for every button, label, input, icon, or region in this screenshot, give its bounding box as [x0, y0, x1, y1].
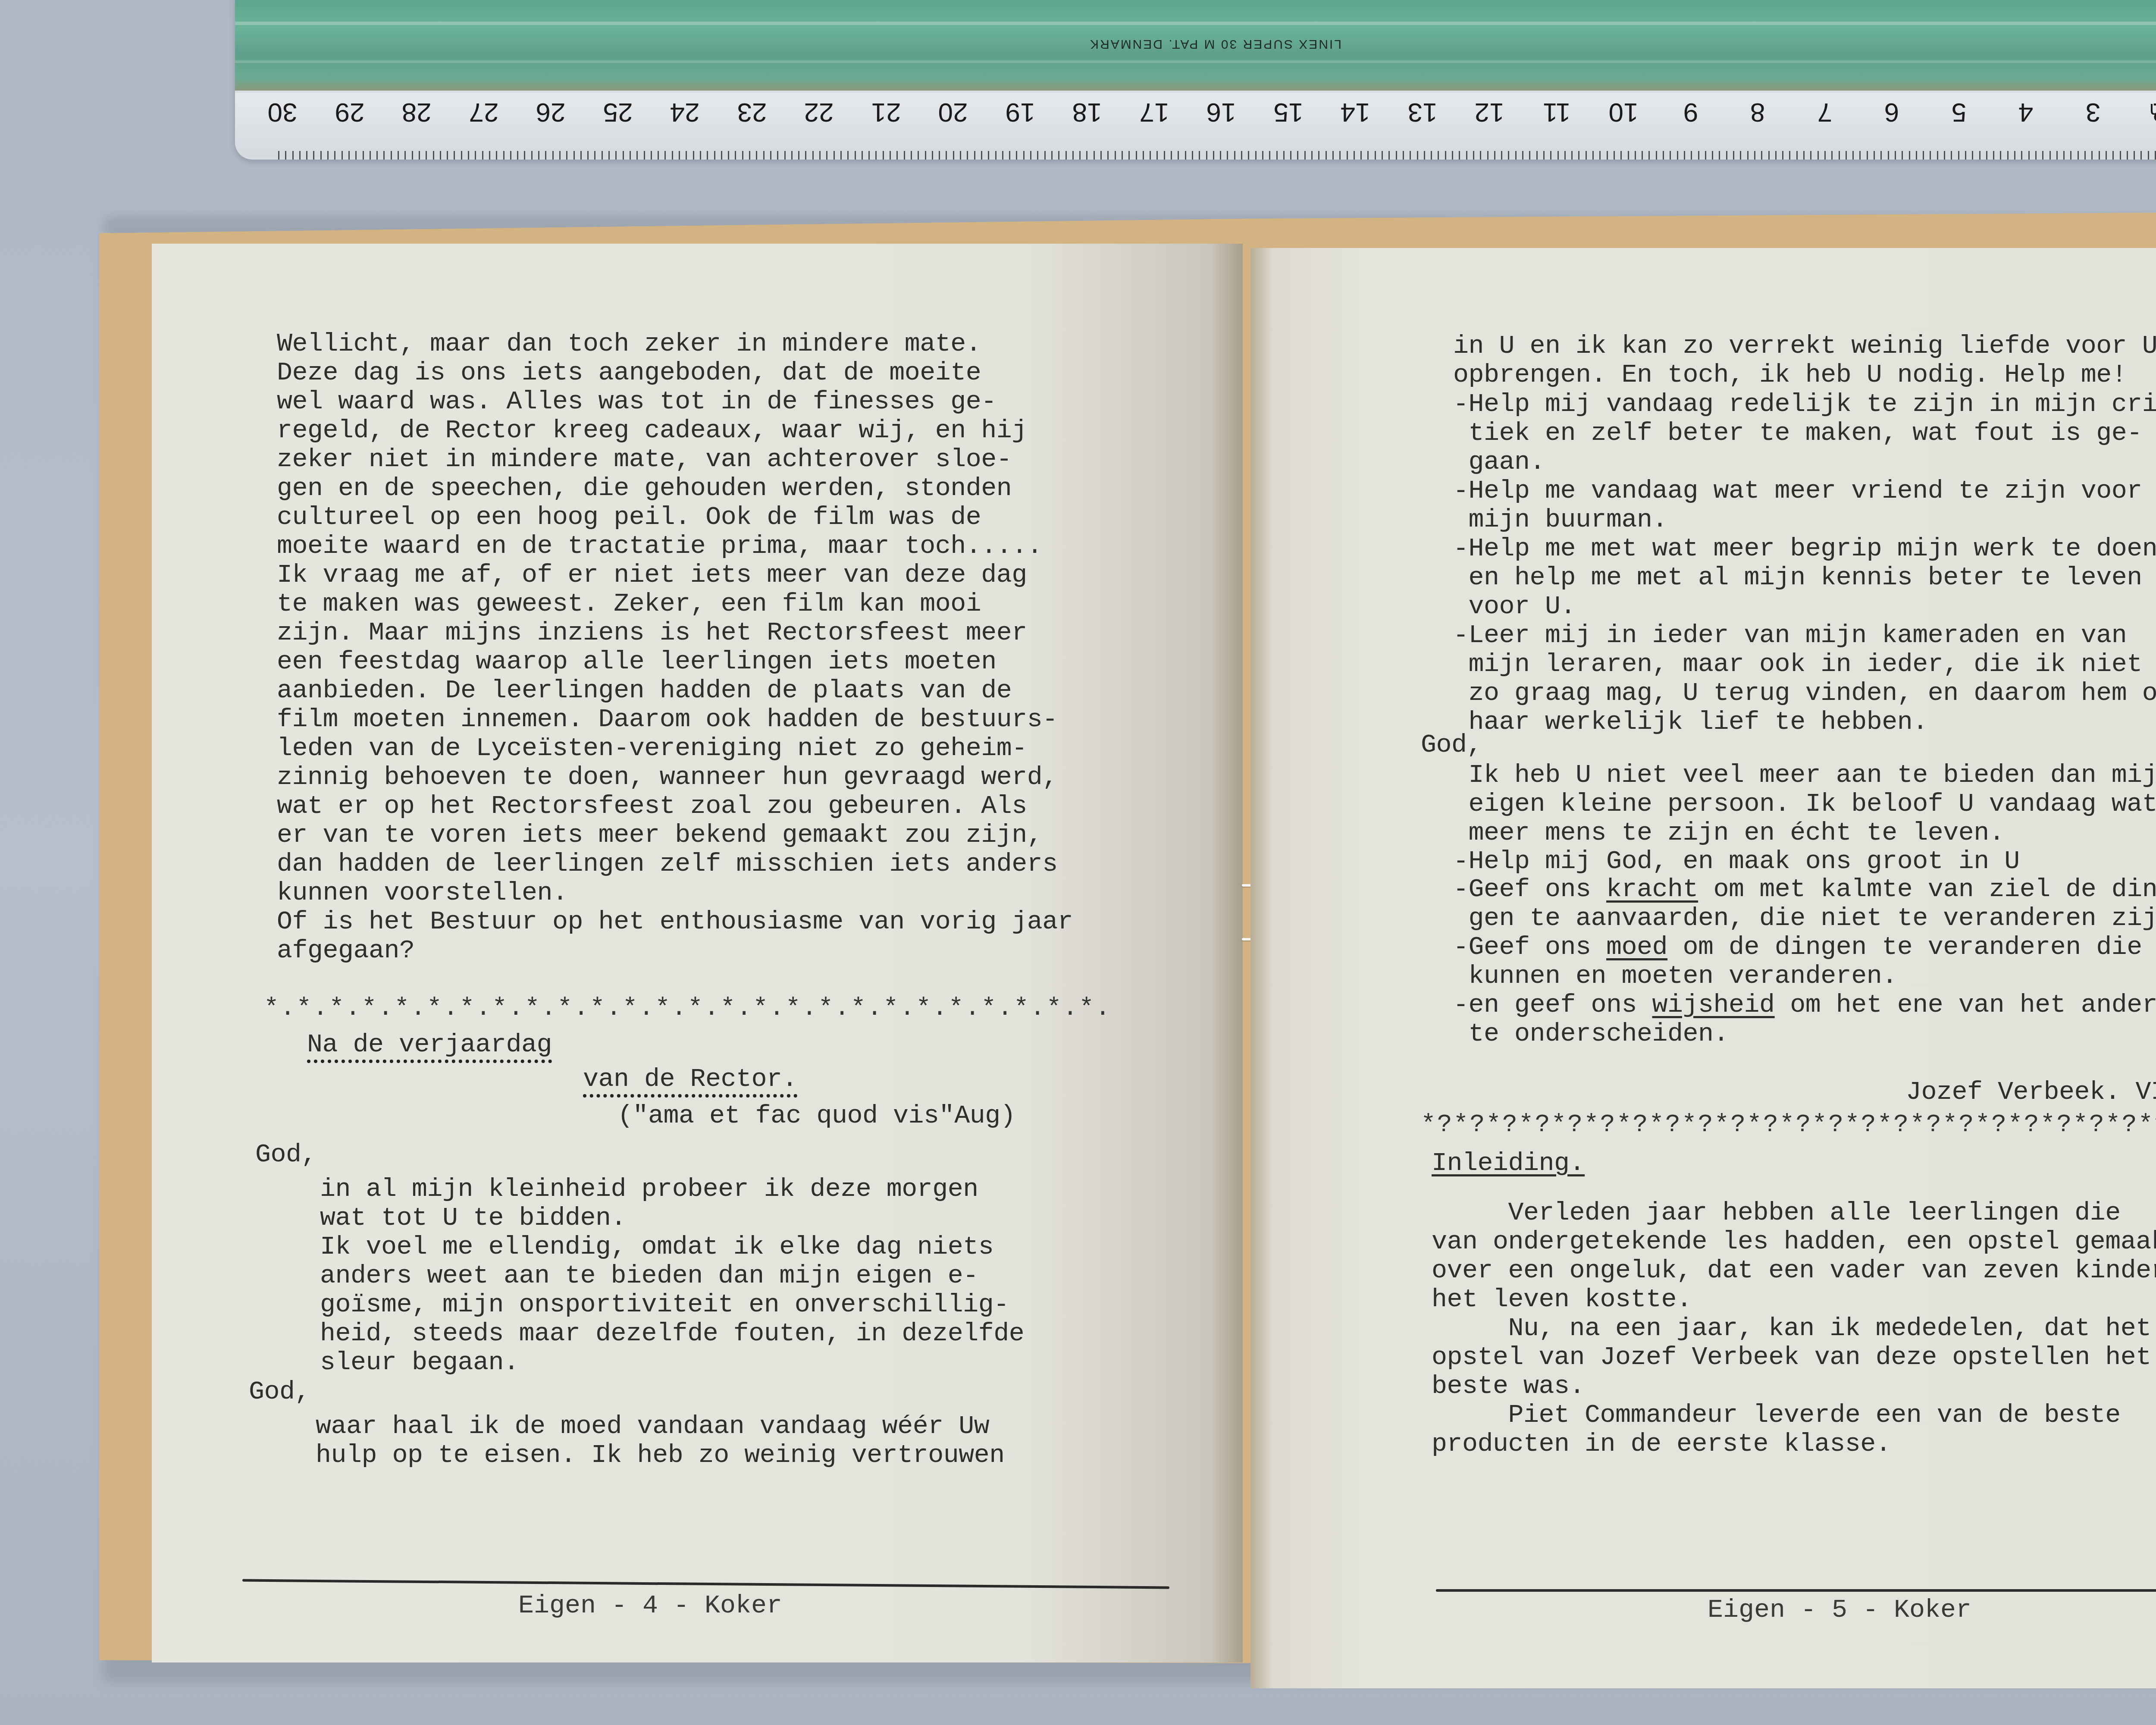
- ruler-number: 13: [1405, 97, 1440, 128]
- ruler-number: 26: [533, 97, 568, 128]
- poem-title-line-1: Na de verjaardag: [307, 1031, 552, 1060]
- ruler-green-band: LINEX SUPER 30 M PAT. DENMARK: [235, 0, 2156, 91]
- text-line: afgegaan?: [277, 937, 1073, 966]
- signature: Jozef Verbeek. VIa.: [1906, 1078, 2156, 1107]
- poem-line: in al mijn kleinheid probeer ik deze mor…: [320, 1175, 1024, 1204]
- ruler-number: 22: [802, 97, 836, 128]
- ruler-number: 12: [1472, 97, 1507, 128]
- poem-line: in U en ik kan zo verrekt weinig liefde …: [1453, 332, 2156, 361]
- prayer-bullet-line: -Help mij vandaag redelijk te zijn in mi…: [1453, 390, 2156, 419]
- poem-title-line-2: van de Rector.: [583, 1065, 797, 1094]
- ruler-number: 29: [332, 97, 367, 128]
- ruler-number: 25: [601, 97, 635, 128]
- poem-line: sleur begaan.: [320, 1349, 1024, 1377]
- serenity-line: -Geef ons moed om de dingen te verandere…: [1453, 933, 2156, 962]
- ruler: LINEX SUPER 30 M PAT. DENMARK 0123456789…: [235, 0, 2156, 160]
- text-line: moeite waard en de tractatie prima, maar…: [277, 532, 1073, 561]
- poem-line: meer mens te zijn en écht te leven.: [1453, 819, 2156, 848]
- poem-quote: ("ama et fac quod vis"Aug): [617, 1102, 1015, 1131]
- text-line: wat er op het Rectorsfeest zoal zou gebe…: [277, 792, 1073, 821]
- ruler-unit-label: cm: [2150, 99, 2156, 122]
- left-page: Wellicht, maar dan toch zeker in mindere…: [152, 244, 1243, 1662]
- poem-title-1: Na de verjaardag: [307, 1030, 552, 1063]
- right-footer-rule: [1436, 1589, 2156, 1592]
- poem-line: waar haal ik de moed vandaan vandaag wéé…: [316, 1412, 1005, 1441]
- ruler-number: 4: [2009, 97, 2043, 128]
- stanza-3: Ik heb U niet veel meer aan te bieden da…: [1453, 761, 2156, 848]
- ruler-ticks: [278, 151, 2156, 160]
- ruler-number: 8: [1740, 97, 1775, 128]
- poem-line: Ik voel me ellendig, omdat ik elke dag n…: [320, 1233, 1024, 1262]
- text-line: zinnig behoeven te doen, wanneer hun gev…: [277, 763, 1073, 792]
- ruler-number: 10: [1606, 97, 1641, 128]
- poem-line: anders weet aan te bieden dan mijn eigen…: [320, 1262, 1024, 1291]
- god-salutation-2: God,: [249, 1378, 310, 1407]
- poem-line: eigen kleine persoon. Ik beloof U vandaa…: [1453, 790, 2156, 819]
- prayer-bullet-line: tiek en zelf beter te maken, wat fout is…: [1453, 419, 2156, 448]
- text-line: Deze dag is ons iets aangeboden, dat de …: [277, 359, 1073, 388]
- right-page-footer: Eigen - 5 - Koker: [1708, 1596, 1971, 1625]
- text-line: Of is het Bestuur op het enthousiasme va…: [277, 908, 1073, 937]
- poem-line: Ik heb U niet veel meer aan te bieden da…: [1453, 761, 2156, 790]
- ruler-number: 27: [467, 97, 501, 128]
- ruler-number: 30: [265, 97, 300, 128]
- poem-line: heid, steeds maar dezelfde fouten, in de…: [320, 1320, 1024, 1349]
- text-line: leden van de Lyceïsten-vereniging niet z…: [277, 734, 1073, 763]
- serenity-prayer: -Geef ons kracht om met kalmte van ziel …: [1453, 875, 2156, 1049]
- intro-paragraph: Verleden jaar hebben alle leerlingen die…: [1432, 1199, 2156, 1459]
- ruler-number: 3: [2076, 97, 2110, 128]
- left-page-separator: *.*.*.*.*.*.*.*.*.*.*.*.*.*.*.*.*.*.*.*.…: [264, 994, 1112, 1023]
- text-line: zeker niet in mindere mate, van achterov…: [277, 445, 1073, 474]
- text-line: een feestdag waarop alle leerlingen iets…: [277, 648, 1073, 677]
- text-line: regeld, de Rector kreeg cadeaux, waar wi…: [277, 417, 1073, 445]
- prayer-bullet-line: -Help me vandaag wat meer vriend te zijn…: [1453, 477, 2156, 506]
- ruler-brand-label: LINEX SUPER 30 M PAT. DENMARK: [1089, 37, 1341, 51]
- prayer-bullet-line: en help me met al mijn kennis beter te l…: [1453, 564, 2156, 593]
- prayer-bullet-line: -Help me met wat meer begrip mijn werk t…: [1453, 535, 2156, 564]
- prayer-bullet-line: zo graag mag, U terug vinden, en daarom …: [1453, 679, 2156, 708]
- underlined-word: wijsheid: [1652, 991, 1775, 1020]
- text-line: te maken was geweest. Zeker, een film ka…: [277, 590, 1073, 619]
- ruler-number: 16: [1204, 97, 1238, 128]
- intro-line: Nu, na een jaar, kan ik mededelen, dat h…: [1432, 1314, 2156, 1343]
- ruler-number: 9: [1673, 97, 1708, 128]
- intro-line: Piet Commandeur leverde een van de beste: [1432, 1401, 2156, 1430]
- intro-line: over een ongeluk, dat een vader van zeve…: [1432, 1257, 2156, 1286]
- ruler-number: 18: [1070, 97, 1104, 128]
- text-line: aanbieden. De leerlingen hadden de plaat…: [277, 677, 1073, 706]
- intro-line: het leven kostte.: [1432, 1286, 2156, 1314]
- serenity-line: te onderscheiden.: [1453, 1020, 2156, 1049]
- intro-line: beste was.: [1432, 1372, 2156, 1401]
- ruler-number: 21: [869, 97, 903, 128]
- intro-line: van ondergetekende les hadden, een opste…: [1432, 1228, 2156, 1257]
- text-line: kunnen voorstellen.: [277, 879, 1073, 908]
- ruler-number: 17: [1137, 97, 1172, 128]
- ruler-number: 7: [1808, 97, 1842, 128]
- stanza-2: waar haal ik de moed vandaan vandaag wéé…: [316, 1412, 1005, 1470]
- prayer-bullet-line: mijn leraren, maar ook in ieder, die ik …: [1453, 650, 2156, 679]
- ruler-number: 28: [399, 97, 434, 128]
- right-page-separator: *?*?*?*?*?*?*?*?*?*?*?*?*?*?*?*?*?*?*?*?…: [1421, 1110, 2156, 1139]
- ruler-number: 20: [936, 97, 970, 128]
- serenity-line: kunnen en moeten veranderen.: [1453, 962, 2156, 991]
- prayer-bullet-line: mijn buurman.: [1453, 506, 2156, 535]
- poem-line: goïsme, mijn onsportiviteit en onverschi…: [320, 1291, 1024, 1320]
- stanza-1: in al mijn kleinheid probeer ik deze mor…: [320, 1175, 1024, 1377]
- ruler-scale: [235, 93, 2156, 157]
- right-page-help-list: -Help mij vandaag redelijk te zijn in mi…: [1453, 390, 2156, 737]
- help-god-line: -Help mij God, en maak ons groot in U: [1453, 847, 2020, 876]
- underlined-word: moed: [1606, 933, 1667, 962]
- text-line: Ik vraag me af, of er niet iets meer van…: [277, 561, 1073, 590]
- underlined-word: kracht: [1606, 875, 1698, 904]
- text-line: er van te voren iets meer bekend gemaakt…: [277, 821, 1073, 850]
- text-line: zijn. Maar mijns inziens is het Rectorsf…: [277, 619, 1073, 648]
- prayer-bullet-line: gaan.: [1453, 448, 2156, 477]
- serenity-line: gen te aanvaarden, die niet te verandere…: [1453, 904, 2156, 933]
- ruler-number: 11: [1539, 97, 1574, 128]
- section-heading: Inleiding.: [1432, 1149, 1585, 1178]
- text-line: Wellicht, maar dan toch zeker in mindere…: [277, 330, 1073, 359]
- serenity-line: -Geef ons kracht om met kalmte van ziel …: [1453, 875, 2156, 904]
- inleiding-heading: Inleiding.: [1432, 1149, 1585, 1178]
- left-page-paragraph: Wellicht, maar dan toch zeker in mindere…: [277, 330, 1073, 966]
- text-line: gen en de speechen, die gehouden werden,…: [277, 474, 1073, 503]
- prayer-bullet-line: voor U.: [1453, 593, 2156, 621]
- ruler-number: 5: [1942, 97, 1976, 128]
- ruler-number: 14: [1338, 97, 1373, 128]
- right-page: in U en ik kan zo verrekt weinig liefde …: [1250, 248, 2156, 1688]
- left-page-footer: Eigen - 4 - Koker: [518, 1591, 782, 1621]
- text-line: cultureel op een hoog peil. Ook de film …: [277, 503, 1073, 532]
- poem-line: wat tot U te bidden.: [320, 1204, 1024, 1233]
- left-footer-rule: [242, 1579, 1169, 1589]
- ruler-number: 6: [1874, 97, 1909, 128]
- text-line: wel waard was. Alles was tot in de fines…: [277, 388, 1073, 417]
- intro-line: Verleden jaar hebben alle leerlingen die: [1432, 1199, 2156, 1228]
- poem-line: opbrengen. En toch, ik heb U nodig. Help…: [1453, 361, 2156, 390]
- serenity-line: -en geef ons wijsheid om het ene van het…: [1453, 991, 2156, 1020]
- prayer-bullet-line: -Leer mij in ieder van mijn kameraden en…: [1453, 621, 2156, 650]
- ruler-number: 19: [1003, 97, 1037, 128]
- ruler-number: 24: [667, 97, 702, 128]
- poem-line: hulp op te eisen. Ik heb zo weinig vertr…: [316, 1441, 1005, 1470]
- intro-line: opstel van Jozef Verbeek van deze opstel…: [1432, 1343, 2156, 1372]
- ruler-number: 15: [1271, 97, 1306, 128]
- text-line: dan hadden de leerlingen zelf misschien …: [277, 850, 1073, 879]
- god-salutation-1: God,: [255, 1141, 317, 1170]
- god-salutation-3: God,: [1421, 731, 1482, 760]
- text-line: film moeten innemen. Daarom ook hadden d…: [277, 706, 1073, 734]
- intro-line: producten in de eerste klasse.: [1432, 1430, 2156, 1459]
- ruler-number: 23: [735, 97, 769, 128]
- poem-title-2: van de Rector.: [583, 1065, 797, 1098]
- prayer-bullet-line: haar werkelijk lief te hebben.: [1453, 708, 2156, 737]
- right-page-opening: in U en ik kan zo verrekt weinig liefde …: [1453, 332, 2156, 390]
